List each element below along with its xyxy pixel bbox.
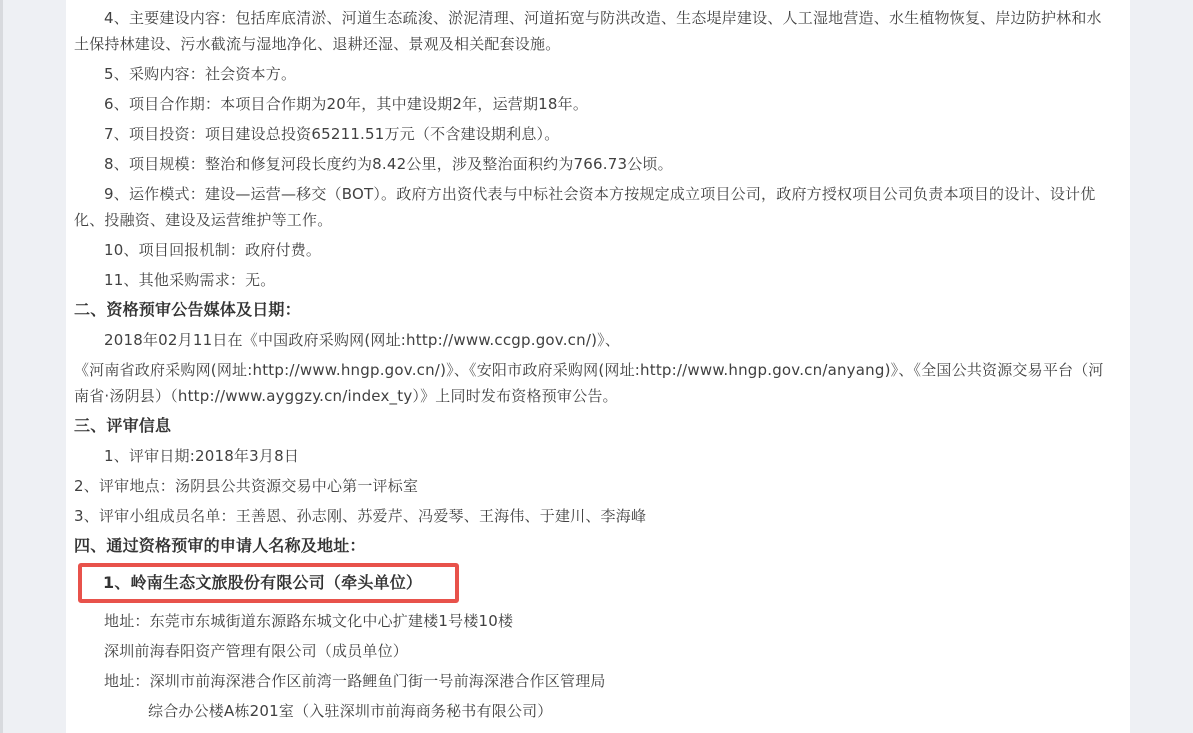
project-item-construction-content: 4、主要建设内容：包括库底清淤、河道生态疏浚、淤泥清理、河道拓宽与防洪改造、生态… <box>74 5 1116 57</box>
project-item-scale: 8、项目规模：整治和修复河段长度约为8.42公里，涉及整治面积约为766.73公… <box>74 151 1116 177</box>
media-announcement-date-line: 2018年02月11日在《中国政府采购网(网址:http://www.ccgp.… <box>74 327 1116 353</box>
project-item-return-mechanism: 10、项目回报机制：政府付费。 <box>74 237 1116 263</box>
applicant2-title-line: 深圳前海春阳资产管理有限公司（成员单位） <box>74 638 1116 664</box>
project-item-cooperation-period: 6、项目合作期：本项目合作期为20年，其中建设期2年，运营期18年。 <box>74 91 1116 117</box>
project-item-investment: 7、项目投资：项目建设总投资65211.51万元（不含建设期利息）。 <box>74 121 1116 147</box>
highlight-box: 1、岭南生态文旅股份有限公司（牵头单位） <box>78 563 459 603</box>
applicant1-address-line: 地址：东莞市东城街道东源路东城文化中心扩建楼1号楼10楼 <box>74 608 1116 634</box>
project-item-procurement-content: 5、采购内容：社会资本方。 <box>74 61 1116 87</box>
review-date-line: 1、评审日期:2018年3月8日 <box>74 443 1116 469</box>
section-heading-prequalification-media: 二、资格预审公告媒体及日期： <box>74 297 1116 323</box>
highlighted-applicant-row: 1、岭南生态文旅股份有限公司（牵头单位） <box>74 563 1116 603</box>
applicant1-title: 1、岭南生态文旅股份有限公司（牵头单位） <box>103 573 422 592</box>
section-heading-review-info: 三、评审信息 <box>74 413 1116 439</box>
page-left-edge-strip <box>0 0 3 733</box>
section-heading-qualified-applicants: 四、通过资格预审的申请人名称及地址： <box>74 533 1116 559</box>
project-item-operation-mode: 9、运作模式：建设—运营—移交（BOT）。政府方出资代表与中标社会资本方按规定成… <box>74 181 1116 233</box>
review-place-line: 2、评审地点：汤阴县公共资源交易中心第一评标室 <box>74 473 1116 499</box>
review-panel-members-line: 3、评审小组成员名单：王善恩、孙志刚、苏爱芹、冯爱琴、王海伟、于建川、李海峰 <box>74 503 1116 529</box>
document-page: 4、主要建设内容：包括库底清淤、河道生态疏浚、淤泥清理、河道拓宽与防洪改造、生态… <box>66 0 1130 733</box>
applicant2-address-line2: 综合办公楼A栋201室（入驻深圳市前海商务秘书有限公司） <box>74 698 1116 724</box>
applicant2-address-line1: 地址：深圳市前海深港合作区前湾一路鲤鱼门街一号前海深港合作区管理局 <box>74 668 1116 694</box>
media-announcement-sites-line: 《河南省政府采购网(网址:http://www.hngp.gov.cn/)》、《… <box>74 357 1116 409</box>
project-item-other-requirements: 11、其他采购需求：无。 <box>74 267 1116 293</box>
